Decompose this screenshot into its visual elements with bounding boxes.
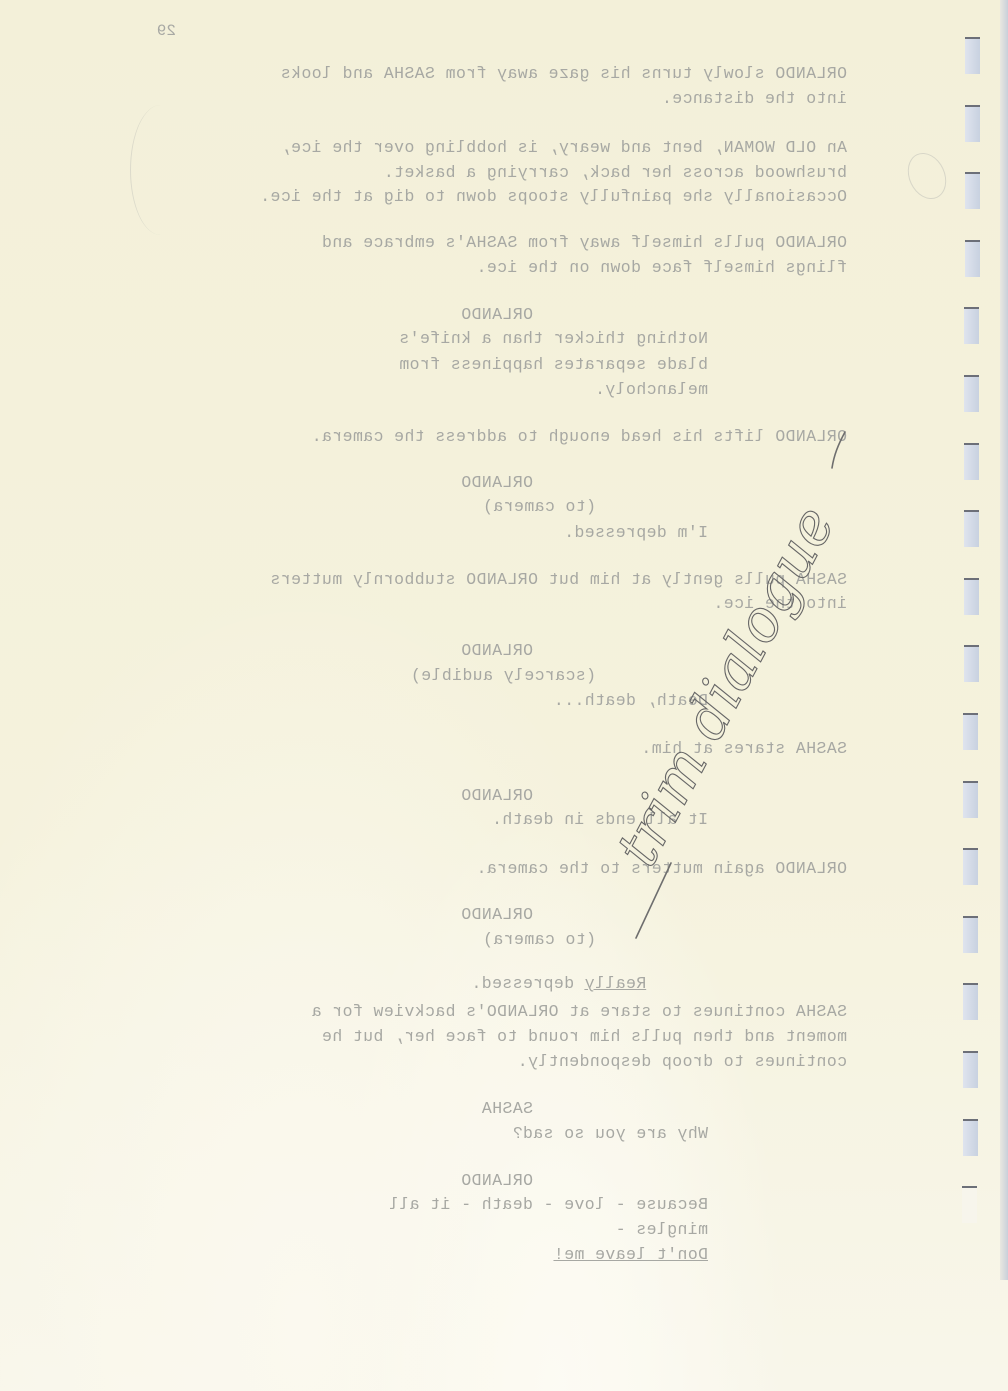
page-edge — [1000, 0, 1008, 1280]
action-line: moment and then pulls him round to face … — [322, 1027, 847, 1046]
binding-hole — [963, 848, 978, 885]
dialogue-rest: depressed. — [471, 974, 584, 993]
dialogue-line: Because - love - death - it all — [389, 1195, 708, 1214]
binding-hole — [963, 781, 978, 818]
action-line: SASHA continues to stare at ORLANDO's ba… — [311, 1002, 847, 1021]
action-line: ORLANDO pulls himself away from SASHA's … — [322, 233, 847, 252]
parenthetical: (to camera) — [483, 930, 596, 949]
binding-hole — [963, 983, 978, 1020]
character-name: ORLANDO — [461, 473, 533, 492]
binding-hole — [962, 1186, 977, 1223]
binding-hole — [964, 645, 979, 682]
binding-hole — [964, 307, 979, 344]
action-line: continues to droop despondently. — [517, 1052, 847, 1071]
dialogue-line: melancholy. — [595, 380, 708, 399]
binding-hole — [963, 1119, 978, 1156]
binding-hole — [965, 37, 980, 74]
action-line: SASHA pulls gently at him but ORLANDO st… — [270, 570, 847, 589]
binding-hole — [964, 578, 979, 615]
action-line: ORLANDO lifts his head enough to address… — [311, 427, 847, 446]
dialogue-line: I'm depressed. — [564, 523, 708, 542]
character-name: ORLANDO — [461, 305, 533, 324]
binding-hole — [963, 713, 978, 750]
action-line: flings himself face down on the ice. — [476, 258, 847, 277]
binding-hole — [964, 375, 979, 412]
dialogue-line: Nothing thicker than a knife's — [399, 329, 708, 348]
action-line: into the distance. — [662, 89, 847, 108]
character-name: SASHA — [481, 1099, 533, 1118]
page-number: 29 — [157, 22, 176, 40]
binding-hole — [965, 172, 980, 209]
dialogue-line: Don't leave me! — [553, 1245, 708, 1264]
mirrored-typescript: 29 ORLANDO slowly turns his gaze away fr… — [0, 0, 1008, 1391]
action-line: into the ice. — [713, 594, 847, 613]
character-name: ORLANDO — [461, 905, 533, 924]
binding-hole — [965, 240, 980, 277]
binding-hole — [963, 1051, 978, 1088]
character-name: ORLANDO — [461, 786, 533, 805]
binding-hole — [963, 916, 978, 953]
dialogue-line: It all ends in death. — [492, 810, 708, 829]
action-line: An OLD WOMAN, bent and weary, is hobblin… — [280, 138, 847, 157]
scanned-script-page: 29 ORLANDO slowly turns his gaze away fr… — [0, 0, 1008, 1391]
dialogue-line: Death, death... — [553, 691, 708, 710]
character-name: ORLANDO — [461, 641, 533, 660]
action-line: brushwood across her back, carrying a ba… — [383, 163, 847, 182]
action-line: ORLANDO again mutters to the camera. — [476, 859, 847, 878]
dialogue-line: mingles - — [615, 1220, 708, 1239]
dialogue-line: blade separates happiness from — [399, 355, 708, 374]
action-line: SASHA stares at him. — [641, 739, 847, 758]
binding-hole — [964, 443, 979, 480]
dialogue-line: Why are you so sad? — [512, 1124, 708, 1143]
action-line: Occasionally she painfully stoops down t… — [260, 187, 847, 206]
parenthetical: (to camera) — [483, 497, 596, 516]
action-line: ORLANDO slowly turns his gaze away from … — [280, 64, 847, 83]
underlined-word: Really — [584, 974, 646, 993]
binding-hole — [965, 105, 980, 142]
binding-hole — [964, 510, 979, 547]
parenthetical: (scarcely audible) — [411, 666, 596, 685]
character-name: ORLANDO — [461, 1171, 533, 1190]
